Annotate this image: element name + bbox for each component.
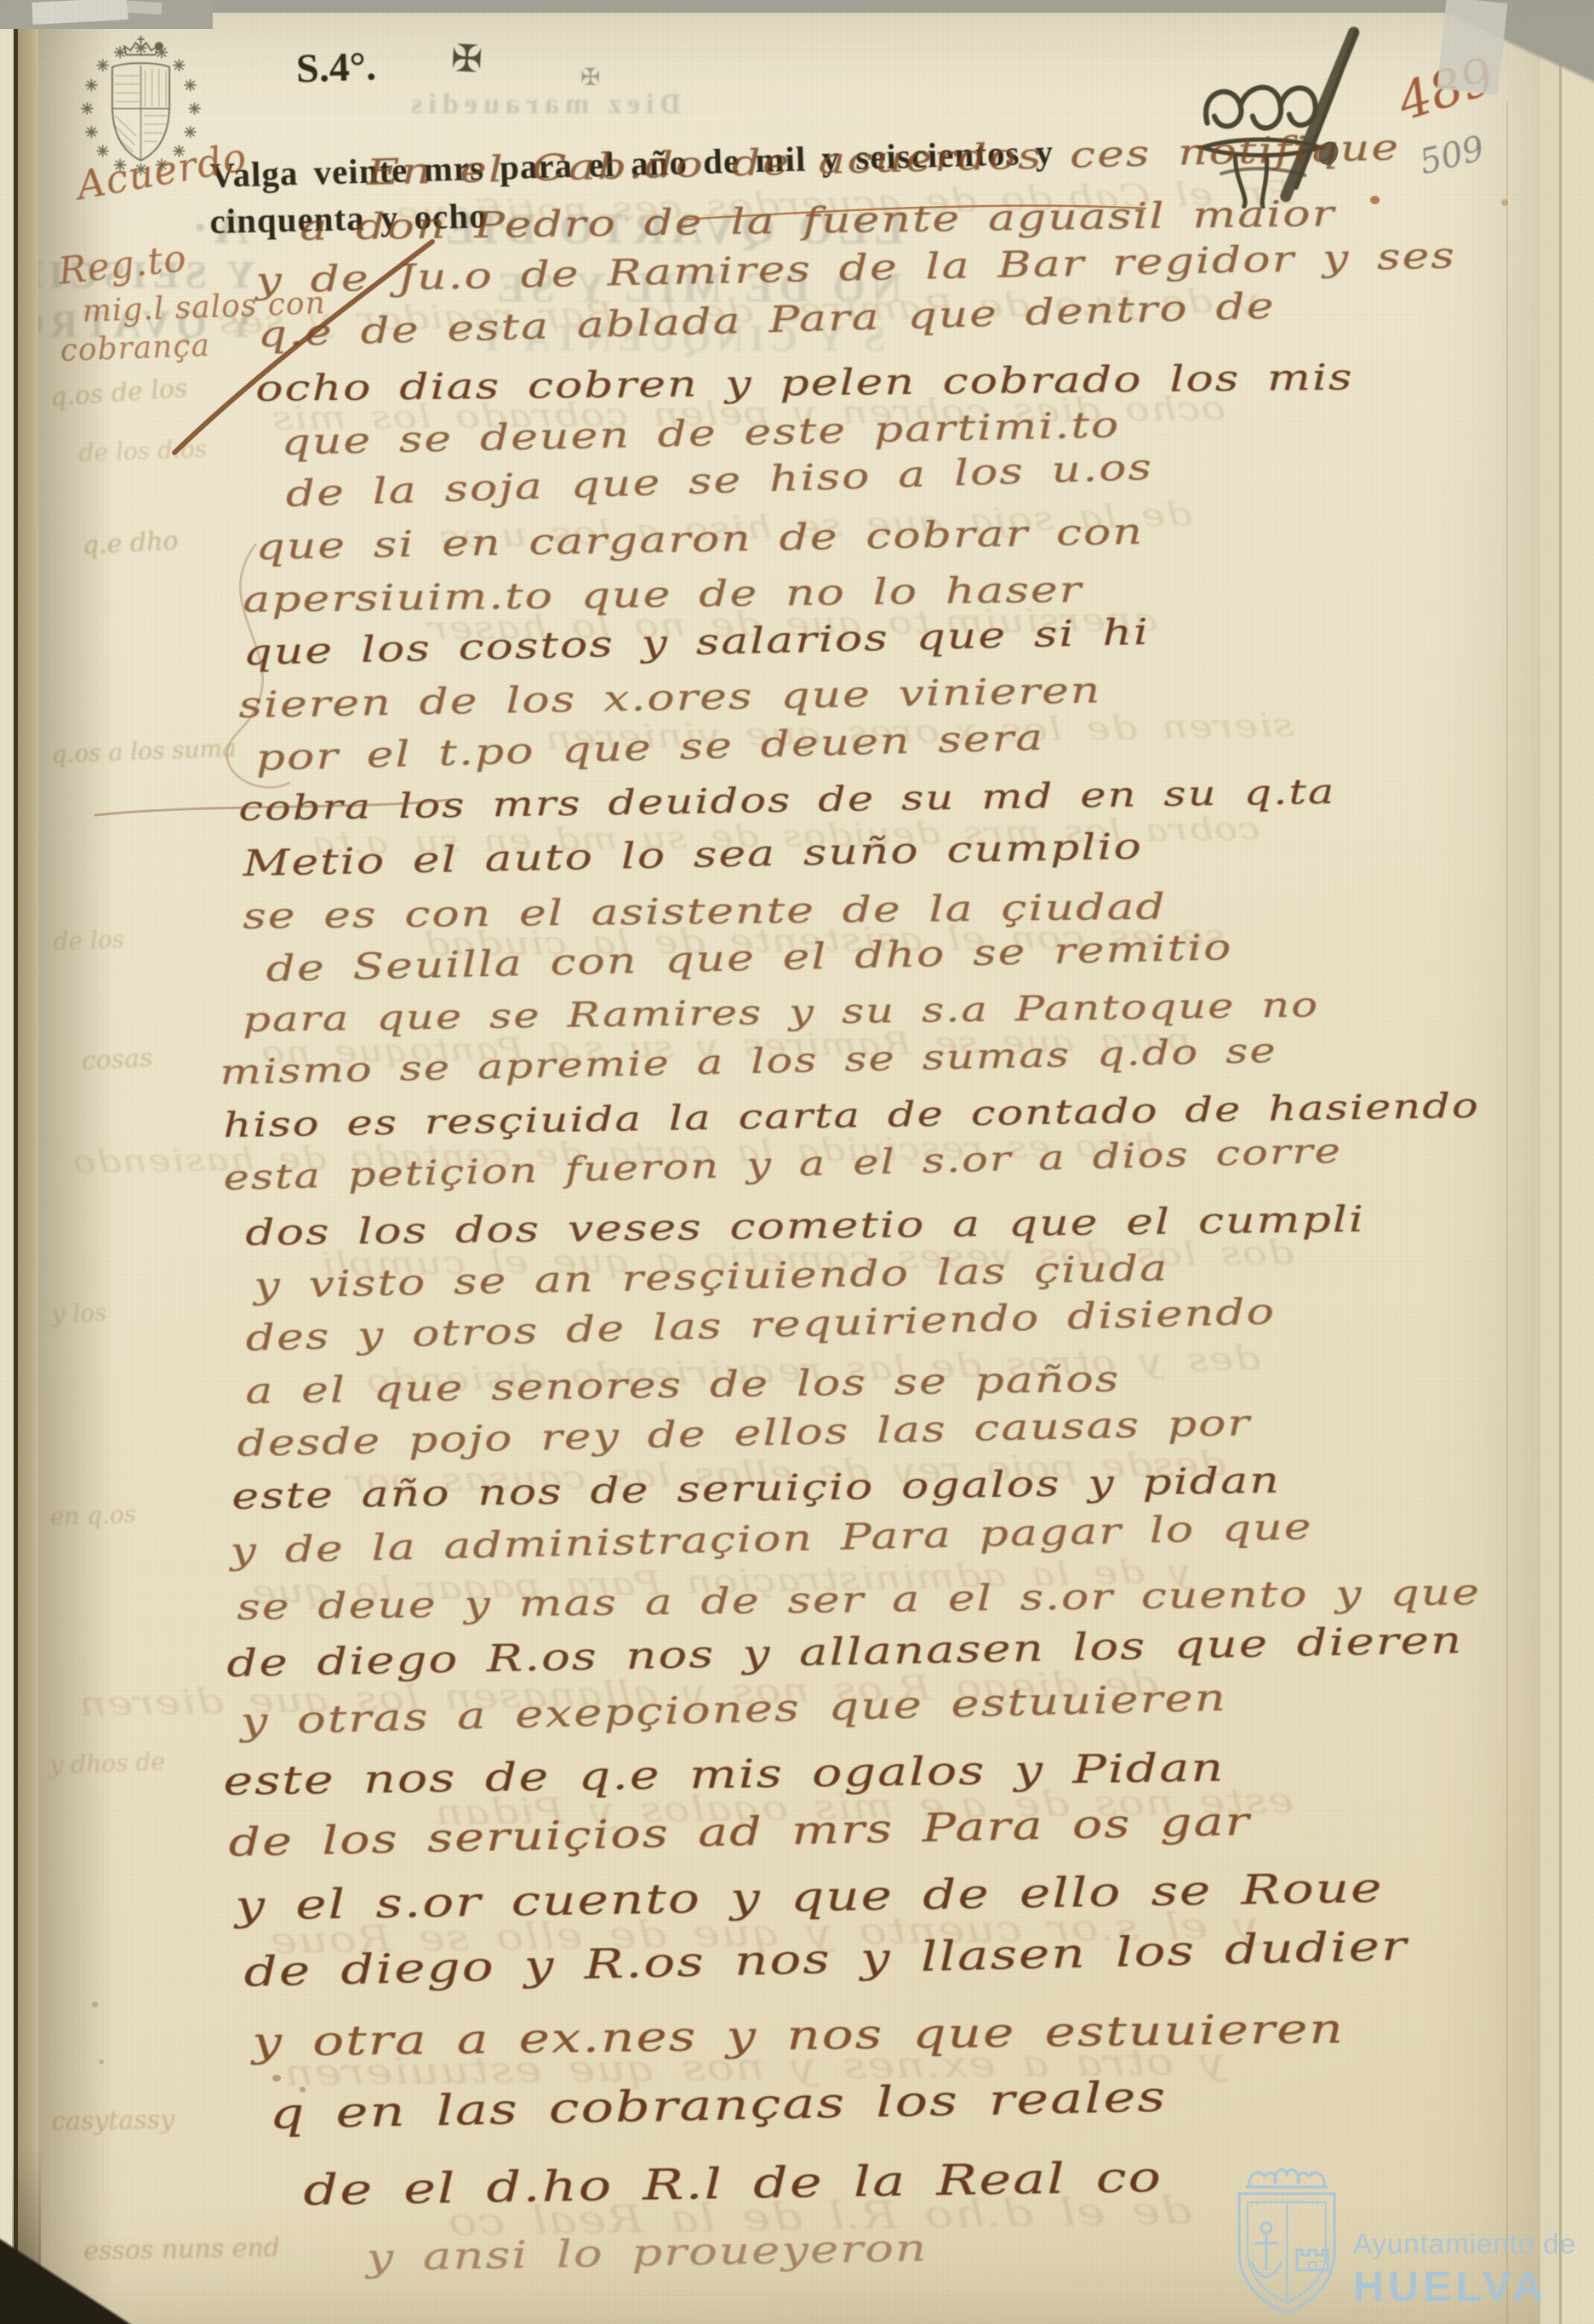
crest-crown [1246,2170,1328,2187]
margin-scribble [227,545,289,787]
page-stack-edge [1540,0,1559,2324]
ink-dot [1370,196,1380,204]
page-fold-line [1506,102,1508,2324]
watermark-city-name: HUELVA [1353,2262,1576,2311]
paper-fiber-hair [683,206,1146,220]
binding-gutter [0,0,14,2324]
margin-underline-stroke [95,800,449,815]
huelva-archive-watermark: Ayuntamiento de HUELVA [1231,2161,1576,2323]
stain-spot [300,2087,306,2093]
scanner-top-edge [0,0,1594,13]
binding-gutter-tan [18,0,38,2324]
torn-paper-bit-right [1437,0,1508,94]
page-stack-edge-outer [1562,0,1594,2324]
margin-slash-stroke [174,242,432,453]
scan-corner-bottom-left [0,2230,145,2324]
huelva-crest-icon [1231,2161,1343,2323]
gutter-shadow [38,0,115,2324]
stain-spot [272,2075,281,2081]
crest-anchor [1251,2223,1282,2277]
ink-strokes-overlay [0,0,1594,2324]
torn-paper-bit [128,1,163,15]
watermark-archive-name: Ayuntamiento de [1353,2228,1576,2260]
manuscript-scan: Diez marauedisLLO QVARTO DIEA·NO DE MIL … [0,0,1594,2324]
